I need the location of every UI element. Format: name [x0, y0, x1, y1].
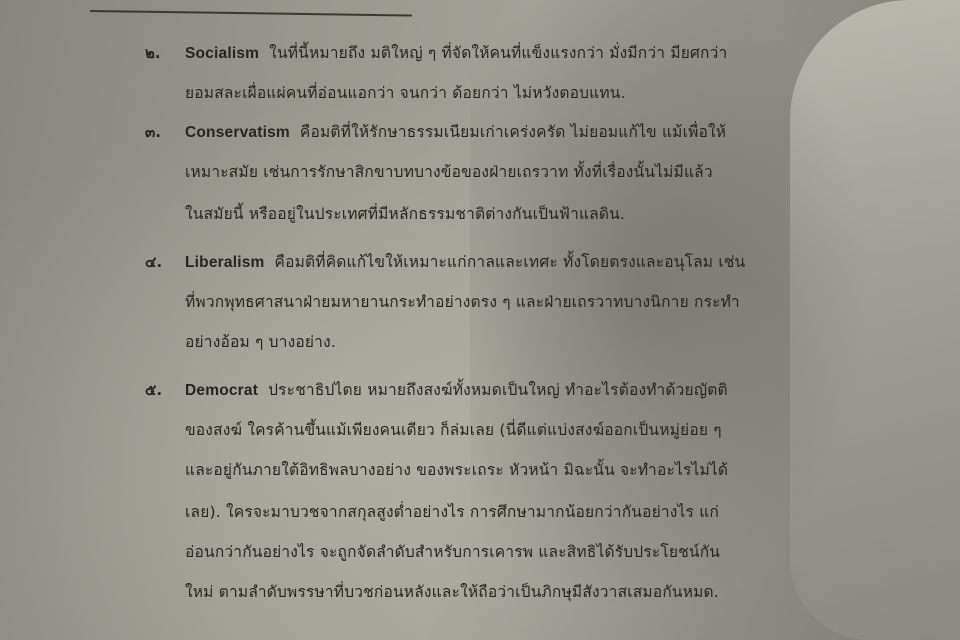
photographed-page: ๒. Socialismในที่นี้หมายถึง มติใหญ่ ๆ ที…: [0, 0, 960, 640]
item-line: ที่พวกพุทธศาสนาฝ่ายมหายานกระทำอย่างตรง ๆ…: [185, 292, 740, 312]
item-term: Liberalism: [185, 254, 265, 271]
top-rule-divider: [90, 10, 412, 16]
item-text: คือมติที่ให้รักษาธรรมเนียมเก่าเคร่งครัด …: [300, 123, 726, 141]
item-line: Democratประชาธิปไตย หมายถึงสงฆ์ทั้งหมดเป…: [185, 380, 728, 401]
item-line: ใหม่ ตามลำดับพรรษาที่บวชก่อนหลังและให้ถื…: [185, 582, 719, 602]
item-term: Conservatism: [185, 124, 290, 141]
item-line: Conservatismคือมติที่ให้รักษาธรรมเนียมเก…: [185, 122, 726, 143]
item-line: อย่างอ้อม ๆ บางอย่าง.: [185, 332, 336, 352]
item-number: ๕.: [145, 380, 162, 400]
item-line: และอยู่กันภายใต้อิทธิพลบางอย่าง ของพระเถ…: [185, 460, 728, 480]
item-number: ๔.: [145, 252, 162, 272]
item-number: ๓.: [145, 122, 161, 142]
item-text: ในที่นี้หมายถึง มติใหญ่ ๆ ที่จัดให้คนที่…: [269, 44, 727, 62]
background-lit-area: [790, 0, 960, 640]
item-line: Liberalismคือมติที่คิดแก้ไขให้เหมาะแก่กา…: [185, 252, 745, 273]
item-number: ๒.: [145, 43, 161, 63]
item-term: Democrat: [185, 382, 258, 399]
item-line: ในสมัยนี้ หรืออยู่ในประเทศที่มีหลักธรรมช…: [185, 204, 625, 224]
item-line: เหมาะสมัย เช่นการรักษาสิกขาบทบางข้อของฝ่…: [185, 162, 713, 182]
item-line: อ่อนกว่ากันอย่างไร จะถูกจัดลำดับสำหรับกา…: [185, 542, 720, 562]
item-line: เลย). ใครจะมาบวชจากสกุลสูงต่ำอย่างไร การ…: [185, 502, 719, 522]
item-text: ประชาธิปไตย หมายถึงสงฆ์ทั้งหมดเป็นใหญ่ ท…: [268, 381, 728, 399]
item-line: ของสงฆ์ ใครค้านขึ้นแม้เพียงคนเดียว ก็ล่ม…: [185, 420, 722, 440]
item-line: Socialismในที่นี้หมายถึง มติใหญ่ ๆ ที่จั…: [185, 43, 727, 64]
item-line: ยอมสละเผื่อแผ่คนที่อ่อนแอกว่า จนกว่า ด้อ…: [185, 83, 626, 103]
item-term: Socialism: [185, 45, 259, 62]
item-text: คือมติที่คิดแก้ไขให้เหมาะแก่กาลและเทศะ ท…: [275, 253, 746, 271]
